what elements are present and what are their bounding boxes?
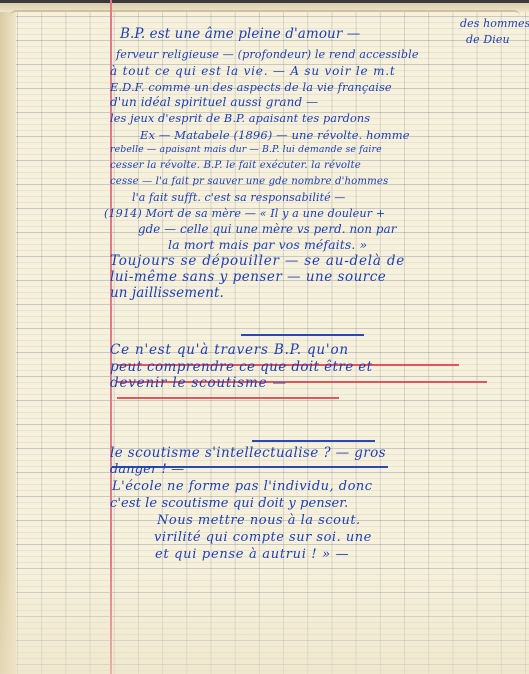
handwritten-line: à tout ce qui est la vie. — A su voir le… (110, 64, 396, 78)
handwritten-line: lui-même sans y penser — une source (110, 270, 386, 284)
handwritten-line: cesser la révolte. B.P. le fait exécuter… (110, 159, 361, 173)
separator-line-2 (252, 440, 375, 442)
handwritten-line: L'école ne forme pas l'individu, donc (112, 480, 373, 494)
handwritten-line: le scoutisme s'intellectualise ? — gros (110, 446, 386, 460)
handwritten-line: c'est le scoutisme qui doit y penser. (110, 497, 348, 511)
handwritten-note-margin: des hommes (460, 17, 529, 31)
page-fold (10, 10, 520, 18)
underlined-line: devenir le scoutisme — (110, 376, 287, 390)
handwritten-line: E.D.F. comme un des aspects de la vie fr… (110, 80, 392, 94)
handwritten-line: la mort mais par vos méfaits. » (168, 238, 367, 252)
handwritten-line: virilité qui compte sur soi. une (154, 531, 372, 545)
separator-line-1 (241, 334, 364, 336)
handwritten-line: d'un idéal spirituel aussi grand — (110, 95, 318, 109)
handwritten-line: Nous mettre nous à la scout. (157, 514, 361, 528)
handwritten-line: et qui pense à autrui ! » — (155, 548, 349, 562)
underlined-line: peut comprendre ce que doit être et (110, 360, 373, 374)
handwritten-line: B.P. est une âme pleine d'amour — (120, 27, 360, 41)
handwritten-line: gde — celle qui une mère vs perd. non pa… (138, 222, 396, 236)
handwritten-line: (1914) Mort de sa mère — « Il y a une do… (104, 207, 385, 221)
handwritten-line: ferveur religieuse — (profondeur) le ren… (116, 48, 419, 62)
handwritten-line: danger ! — (110, 463, 184, 477)
handwritten-line: les jeux d'esprit de B.P. apaisant tes p… (110, 112, 370, 126)
notebook-page: B.P. est une âme pleine d'amour — des ho… (0, 0, 529, 674)
handwritten-line: l'a fait sufft. c'est sa responsabilité … (132, 191, 345, 205)
red-underline-3 (117, 397, 339, 399)
handwritten-line: cesse — l'a fait pr sauver une gde nombr… (110, 175, 388, 189)
handwritten-line: un jaillissement. (110, 286, 224, 300)
handwritten-line: rebelle — apaisant mais dur — B.P. lui d… (110, 143, 382, 157)
handwritten-line: Toujours se dépouiller — se au-delà de (110, 254, 405, 268)
handwritten-line: Ex — Matabele (1896) — une révolte. homm… (140, 128, 410, 142)
handwritten-note-margin: de Dieu (466, 33, 510, 47)
underlined-line: Ce n'est qu'à travers B.P. qu'on (110, 343, 349, 357)
